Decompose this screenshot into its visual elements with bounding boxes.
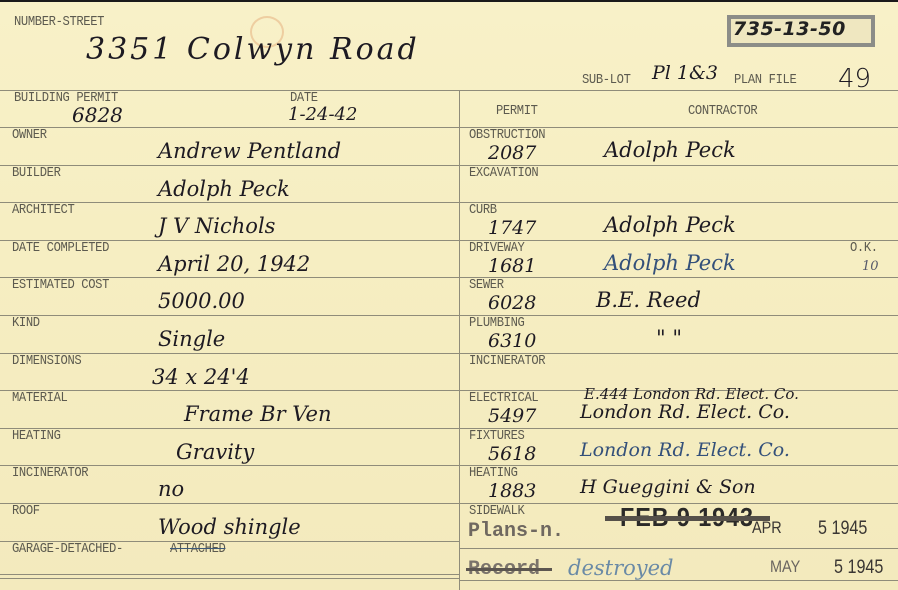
divider bbox=[0, 165, 459, 166]
field-value: 5000.00 bbox=[158, 291, 245, 312]
permit-number: 1681 bbox=[488, 257, 536, 276]
permit-type-label: OBSTRUCTION bbox=[469, 129, 545, 143]
electrical-note: E.444 London Rd. Elect. Co. bbox=[584, 387, 799, 402]
field-value: Adolph Peck bbox=[158, 179, 290, 200]
permit-type-label: ELECTRICAL bbox=[469, 392, 538, 406]
field-label: OWNER bbox=[12, 129, 47, 143]
field-value: Gravity bbox=[176, 442, 254, 463]
number-street-value: 3351 Colwyn Road bbox=[86, 35, 420, 65]
permit-type-label: FIXTURES bbox=[469, 430, 524, 444]
divider bbox=[0, 127, 898, 128]
divider bbox=[459, 428, 898, 429]
field-label: MATERIAL bbox=[12, 392, 67, 406]
field-label: BUILDER bbox=[12, 167, 61, 181]
field-value: Wood shingle bbox=[158, 517, 301, 538]
divider bbox=[0, 574, 459, 575]
plans-typed: Plans-n. bbox=[468, 522, 564, 542]
permit-number: 2087 bbox=[488, 144, 536, 163]
field-label: DATE COMPLETED bbox=[12, 242, 109, 256]
date-value: 1-24-42 bbox=[288, 106, 357, 124]
divider bbox=[459, 465, 898, 466]
contractor-name: B.E. Reed bbox=[596, 290, 701, 311]
field-label: ESTIMATED COST bbox=[12, 279, 109, 293]
contractor-name: Adolph Peck bbox=[604, 215, 736, 236]
permit-type-label: SIDEWALK bbox=[469, 505, 524, 519]
contractor-name: London Rd. Elect. Co. bbox=[580, 403, 790, 422]
divider bbox=[0, 578, 459, 579]
field-value: 34 x 24'4 bbox=[152, 367, 250, 388]
field-label: DIMENSIONS bbox=[12, 355, 81, 369]
divider bbox=[459, 548, 898, 549]
contractor-header: CONTRACTOR bbox=[688, 105, 757, 119]
contractor-name: Adolph Peck bbox=[604, 140, 736, 161]
apr-month: APR bbox=[752, 519, 782, 536]
may-date: 5 1945 bbox=[834, 558, 883, 577]
field-label: GARAGE-DETACHED- bbox=[12, 543, 123, 557]
plan-file-value: 49 bbox=[838, 66, 871, 92]
permit-type-label: PLUMBING bbox=[469, 317, 524, 331]
divider bbox=[0, 428, 459, 429]
field-label: KIND bbox=[12, 317, 40, 331]
permit-type-label: INCINERATOR bbox=[469, 355, 545, 369]
file-number: 735-13-50 bbox=[733, 18, 846, 40]
permit-number: 6028 bbox=[488, 294, 536, 313]
permit-number: 5618 bbox=[488, 445, 536, 464]
permit-type-label: SEWER bbox=[469, 279, 504, 293]
divider bbox=[459, 202, 898, 203]
divider bbox=[459, 315, 898, 316]
field-label: HEATING bbox=[12, 430, 61, 444]
permit-number: 6310 bbox=[488, 332, 536, 351]
number-street-label: NUMBER-STREET bbox=[14, 16, 104, 30]
apr-date: 5 1945 bbox=[818, 519, 867, 538]
contractor-name: " " bbox=[656, 328, 682, 349]
field-label: ARCHITECT bbox=[12, 204, 74, 218]
permit-type-label: DRIVEWAY bbox=[469, 242, 524, 256]
contractor-name: H Gueggini & Son bbox=[580, 478, 756, 497]
divider bbox=[0, 503, 459, 504]
destroyed-note: destroyed bbox=[568, 558, 674, 579]
sub-lot-label: SUB-LOT bbox=[582, 74, 631, 88]
permit-type-label: CURB bbox=[469, 204, 497, 218]
permit-type-label: HEATING bbox=[469, 467, 518, 481]
permit-header: PERMIT bbox=[496, 105, 538, 119]
sub-lot-value: Pl 1&3 bbox=[652, 64, 718, 83]
building-permit-value: 6828 bbox=[72, 105, 123, 125]
permit-number: 1883 bbox=[488, 482, 536, 501]
stamp-strikethrough bbox=[605, 516, 770, 521]
permit-number: 5497 bbox=[488, 407, 536, 426]
permit-number: 1747 bbox=[488, 219, 536, 238]
contractor-name: Adolph Peck bbox=[604, 253, 736, 274]
struck-label: ATTACHED bbox=[170, 543, 225, 557]
field-label: INCINERATOR bbox=[12, 467, 88, 481]
field-value: no bbox=[158, 479, 184, 500]
field-value: April 20, 1942 bbox=[158, 254, 310, 275]
divider bbox=[459, 277, 898, 278]
divider bbox=[459, 580, 898, 581]
field-value: Single bbox=[158, 329, 225, 350]
permit-record-card: 735-13-50 NUMBER-STREET 3351 Colwyn Road… bbox=[0, 2, 898, 590]
plan-file-label: PLAN FILE bbox=[734, 74, 796, 88]
field-value: Frame Br Ven bbox=[184, 404, 331, 425]
permit-type-label: EXCAVATION bbox=[469, 167, 538, 181]
divider bbox=[0, 90, 898, 91]
record-strikethrough bbox=[466, 568, 552, 571]
may-month: MAY bbox=[770, 558, 800, 575]
divider bbox=[0, 315, 459, 316]
divider bbox=[0, 390, 459, 391]
ok-value: 10 bbox=[862, 260, 879, 273]
contractor-name: London Rd. Elect. Co. bbox=[580, 441, 790, 460]
divider bbox=[459, 240, 898, 241]
field-value: Andrew Pentland bbox=[158, 141, 341, 162]
field-value: J V Nichols bbox=[158, 216, 275, 237]
ok-label: O.K. bbox=[850, 242, 878, 256]
field-label: ROOF bbox=[12, 505, 40, 519]
